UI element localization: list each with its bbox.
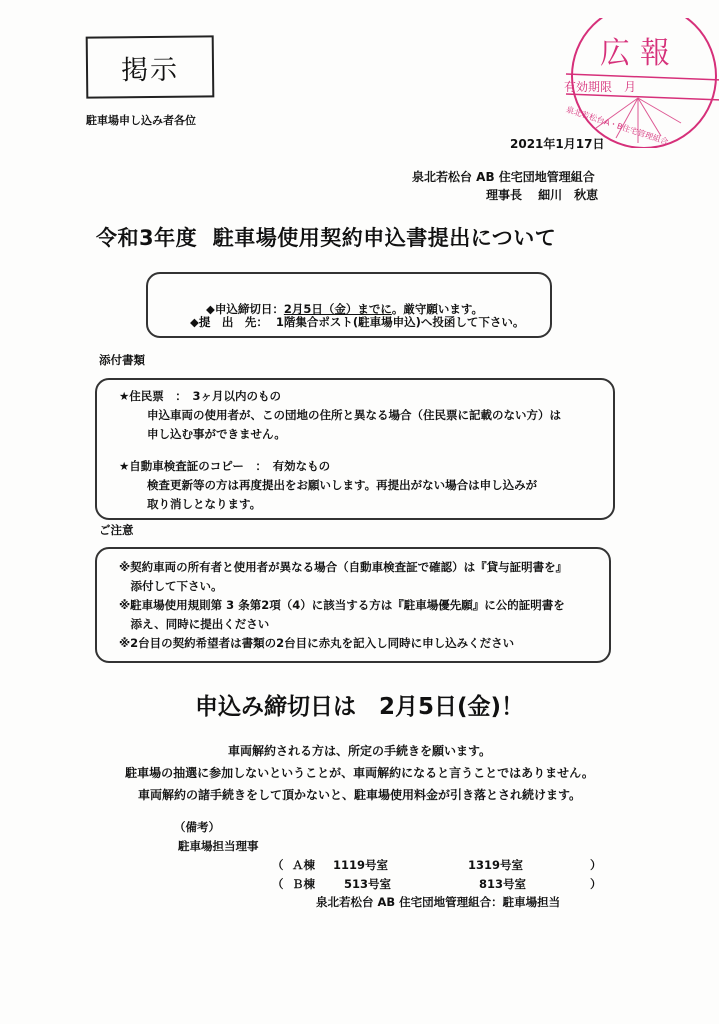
remarks-signature: 泉北若松台 AB 住宅団地管理組合：駐車場担当: [316, 894, 560, 910]
remarks-room: 1119号室: [333, 857, 388, 873]
remarks-room: 813号室: [479, 876, 526, 892]
note-line: 車両解約の諸手続きをして頂かないと、駐車場使用料金が引き落とされ続けます。: [0, 786, 719, 803]
issue-date: 2021年1月17日: [510, 135, 604, 152]
cautions-label: ご注意: [99, 522, 134, 538]
stamp-top-text: 広報: [600, 28, 680, 72]
addressee: 駐車場申し込み者各位: [86, 112, 196, 128]
cautions-box: ※契約車両の所有者と使用者が異なる場合（自動車検査証で確認）は『貸与証明書を』 …: [95, 547, 611, 663]
remarks-label: （備考）: [174, 819, 220, 835]
attachment-heading: ★自動車検査証のコピー ： 有効なもの: [119, 458, 330, 474]
note-line: 車両解約される方は、所定の手続きを願います。: [0, 742, 719, 759]
attachment-detail: 申し込む事ができません。: [147, 426, 286, 442]
stamp-seal: 広報 有効期限 月 泉北若松台A・B住宅管理組合: [556, 18, 719, 148]
organization-name: 泉北若松台 AB 住宅団地管理組合: [412, 168, 595, 185]
remarks-building: Ａ棟: [292, 857, 315, 873]
attachments-label: 添付書類: [99, 352, 145, 368]
attachment-heading: ★住民票 ： 3ヶ月以内のもの: [119, 388, 281, 404]
note-line: 駐車場の抽選に参加しないということが、車両解約になると言うことではありません。: [0, 764, 719, 781]
remarks-building: Ｂ棟: [292, 876, 315, 892]
attachment-detail: 検査更新等の方は再度提出をお願いします。再提出がない場合は申し込みが: [147, 477, 537, 493]
remarks-row-open: （: [272, 857, 284, 873]
remarks-room: 1319号室: [468, 857, 523, 873]
attachments-box: ★住民票 ： 3ヶ月以内のもの 申込車両の使用者が、この団地の住所と異なる場合（…: [95, 378, 615, 520]
chairperson-name: 理事長 細川 秋恵: [486, 186, 598, 203]
remarks-row-open: （: [272, 876, 284, 892]
caution-line: 添え、同時に提出ください: [119, 616, 269, 632]
stamp-middle-text: 有効期限 月: [564, 78, 636, 95]
attachment-detail: 取り消しとなります。: [147, 496, 261, 512]
caution-line: ※駐車場使用規則第 3 条第2項（4）に該当する方は『駐車場優先願』に公的証明書…: [119, 597, 565, 613]
caution-line: 添付して下さい。: [119, 578, 223, 594]
notice-label: 掲示: [121, 47, 179, 87]
caution-line: ※2台目の契約希望者は書類の2台目に赤丸を記入し同時に申し込みください: [119, 635, 514, 651]
caution-line: ※契約車両の所有者と使用者が異なる場合（自動車検査証で確認）は『貸与証明書を』: [119, 559, 567, 575]
page-title: 令和3年度 駐車場使用契約申込書提出について: [96, 222, 556, 252]
remarks-row-close: ）: [590, 857, 602, 873]
notice-label-box: 掲示: [86, 35, 215, 98]
attachment-detail: 申込車両の使用者が、この団地の住所と異なる場合（住民票に記載のない方）は: [147, 407, 561, 423]
deadline-headline: 申込み締切日は 2月5日(金)！: [0, 688, 719, 721]
remarks-room: 513号室: [344, 876, 391, 892]
remarks-row-close: ）: [590, 876, 602, 892]
destination-line: ◆提 出 先： 1階集合ポスト(駐車場申込)へ投函して下さい。: [190, 314, 524, 330]
deadline-box: ◆申込締切日：2月5日（金）までに。厳守願います。 ◆提 出 先： 1階集合ポス…: [146, 272, 552, 338]
remarks-role: 駐車場担当理事: [178, 838, 259, 854]
